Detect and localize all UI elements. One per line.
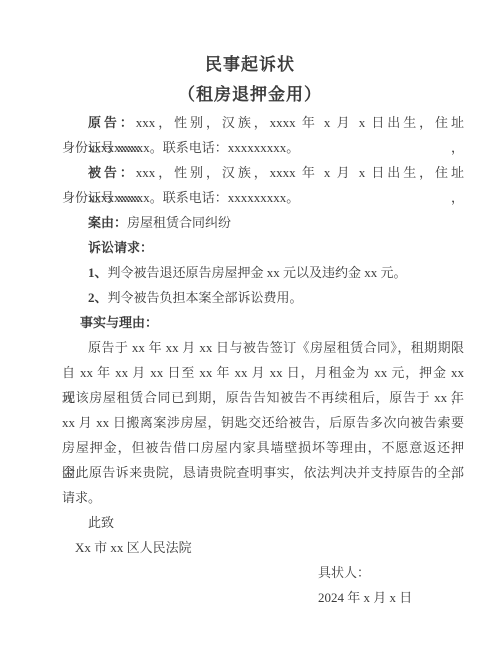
document-page: 民事起诉状 （租房退押金用） 原告：xxx，性别，汉族，xxxx 年 x 月 x… xyxy=(0,0,500,653)
defendant-label: 被告： xyxy=(88,165,136,180)
claim-1-number: 1、 xyxy=(88,265,108,280)
cause-line: 案由：房屋租赁合同纠纷 xyxy=(62,210,464,235)
filing-date: 2024 年 x 月 x 日 xyxy=(318,585,464,610)
defendant-line-1: 被告：xxx，性别，汉族，xxxx 年 x 月 x 日出生，住址 xxxxxxx… xyxy=(62,160,464,185)
signature-block: 具状人： 2024 年 x 月 x 日 xyxy=(62,560,464,610)
cause-label: 案由： xyxy=(88,215,127,230)
facts-line-2: 自 xx 年 xx 月 xx 日至 xx 年 xx 月 xx 日，月租金为 xx… xyxy=(62,360,464,385)
facts-heading: 事实与理由： xyxy=(62,310,464,335)
facts-line-1: 原告于 xx 年 xx 月 xx 日与被告签订《房屋租赁合同》，租期期限 xyxy=(62,335,464,360)
facts-line-7: 请求。 xyxy=(62,485,464,510)
court-name: Xx 市 xx 区人民法院 xyxy=(62,535,464,560)
title-block: 民事起诉状 （租房退押金用） xyxy=(0,50,500,110)
claim-2-text: 判令被告负担本案全部诉讼费用。 xyxy=(108,290,303,305)
closing-salute: 此致 xyxy=(62,510,464,535)
cause-value: 房屋租赁合同纠纷 xyxy=(127,215,231,230)
facts-line-4: xx 月 xx 日搬离案涉房屋，钥匙交还给被告，后原告多次向被告索要 xyxy=(62,410,464,435)
claim-item-1: 1、判令被告退还原告房屋押金 xx 元以及违约金 xx 元。 xyxy=(62,260,464,285)
plaintiff-label: 原告： xyxy=(88,115,136,130)
facts-line-5: 房屋押金，但被告借口房屋内家具墙壁损坏等理由，不愿意返还押金， xyxy=(62,435,464,460)
claims-heading: 诉讼请求： xyxy=(62,235,464,260)
claim-2-number: 2、 xyxy=(88,290,108,305)
document-title: 民事起诉状 xyxy=(0,50,500,80)
document-subtitle: （租房退押金用） xyxy=(0,80,500,110)
plaintiff-line-1: 原告：xxx，性别，汉族，xxxx 年 x 月 x 日出生，住址 xxxxxxx… xyxy=(62,110,464,135)
claim-item-2: 2、判令被告负担本案全部诉讼费用。 xyxy=(62,285,464,310)
signer-label: 具状人： xyxy=(318,560,464,585)
facts-line-3: 现该房屋租赁合同已到期，原告告知被告不再续租后，原告于 xx 年 xyxy=(62,385,464,410)
document-body: 原告：xxx，性别，汉族，xxxx 年 x 月 x 日出生，住址 xxxxxxx… xyxy=(62,110,464,610)
facts-line-6: 因此原告诉来贵院，恳请贵院查明事实，依法判决并支持原告的全部 xyxy=(62,460,464,485)
claim-1-text: 判令被告退还原告房屋押金 xx 元以及违约金 xx 元。 xyxy=(108,265,407,280)
